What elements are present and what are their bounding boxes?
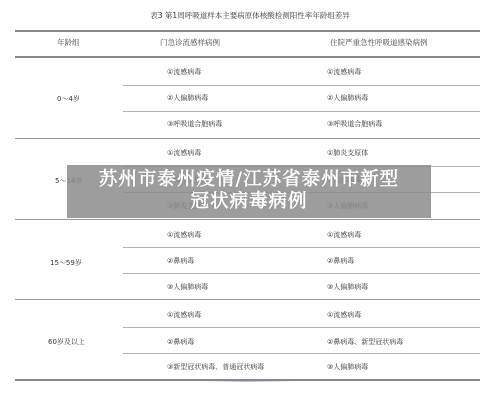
outpatient-item: ②鼻病毒 <box>167 256 194 266</box>
inpatient-item: ①流感病毒 <box>327 310 361 320</box>
inpatient-item: ②人偏肺病毒 <box>327 93 368 103</box>
overlay-headline: 苏州市泰州疫情/江苏省泰州市新型 冠状病毒病例 <box>67 165 431 218</box>
inpatient-item: ②鼻病毒、新型冠状病毒 <box>327 337 403 347</box>
header-outpatient: 门急诊流感样病例 <box>160 38 220 48</box>
inpatient-item: ①流感病毒 <box>327 230 361 240</box>
row-divider <box>123 85 480 86</box>
outpatient-item: ③呼吸道合胞病毒 <box>167 119 222 129</box>
overlay-line-1: 苏州市泰州疫情/江苏省泰州市新型 <box>67 169 431 191</box>
group-divider <box>15 138 480 139</box>
group-divider <box>15 219 480 220</box>
inpatient-item: ②鼻病毒 <box>327 256 354 266</box>
table-title: 表3 第1周呼吸道样本主要病原体核酸检测阳性率年龄组差异 <box>0 10 500 21</box>
outpatient-item: ①流感病毒 <box>167 230 201 240</box>
outpatient-item: ③人偏肺病毒 <box>167 282 208 292</box>
outpatient-item: ②人偏肺病毒 <box>167 93 208 103</box>
outpatient-item: ②鼻病毒 <box>167 337 194 347</box>
header-inpatient: 住院严重急性呼吸道感染病例 <box>330 38 428 48</box>
age-group-label: 60岁及以上 <box>48 337 85 347</box>
outpatient-item: ①流感病毒 <box>167 67 201 77</box>
group-divider <box>15 299 480 300</box>
outpatient-item: ①流感病毒 <box>167 310 201 320</box>
outpatient-item: ③新型冠状病毒、普通冠状病毒 <box>167 362 264 372</box>
table-top-rule <box>15 30 480 32</box>
age-group-label: 15～59岁 <box>50 258 82 268</box>
row-divider <box>123 247 480 248</box>
inpatient-item: ③呼吸道合胞病毒 <box>327 119 382 129</box>
header-age-group: 年龄组 <box>57 38 80 48</box>
inpatient-item: ③人偏肺病毒 <box>327 362 368 372</box>
header-bottom-rule <box>15 56 480 58</box>
inpatient-item: ①流感病毒 <box>327 67 361 77</box>
scan-artifact <box>200 380 295 382</box>
row-divider <box>123 327 480 328</box>
inpatient-item: ①肺炎支原体 <box>327 148 368 158</box>
row-divider <box>123 353 480 354</box>
overlay-line-2: 冠状病毒病例 <box>67 191 431 213</box>
outpatient-item: ①流感病毒 <box>167 148 201 158</box>
row-divider <box>123 111 480 112</box>
row-divider <box>123 273 480 274</box>
inpatient-item: ③人偏肺病毒 <box>327 282 368 292</box>
age-group-label: 0～4岁 <box>57 94 80 104</box>
